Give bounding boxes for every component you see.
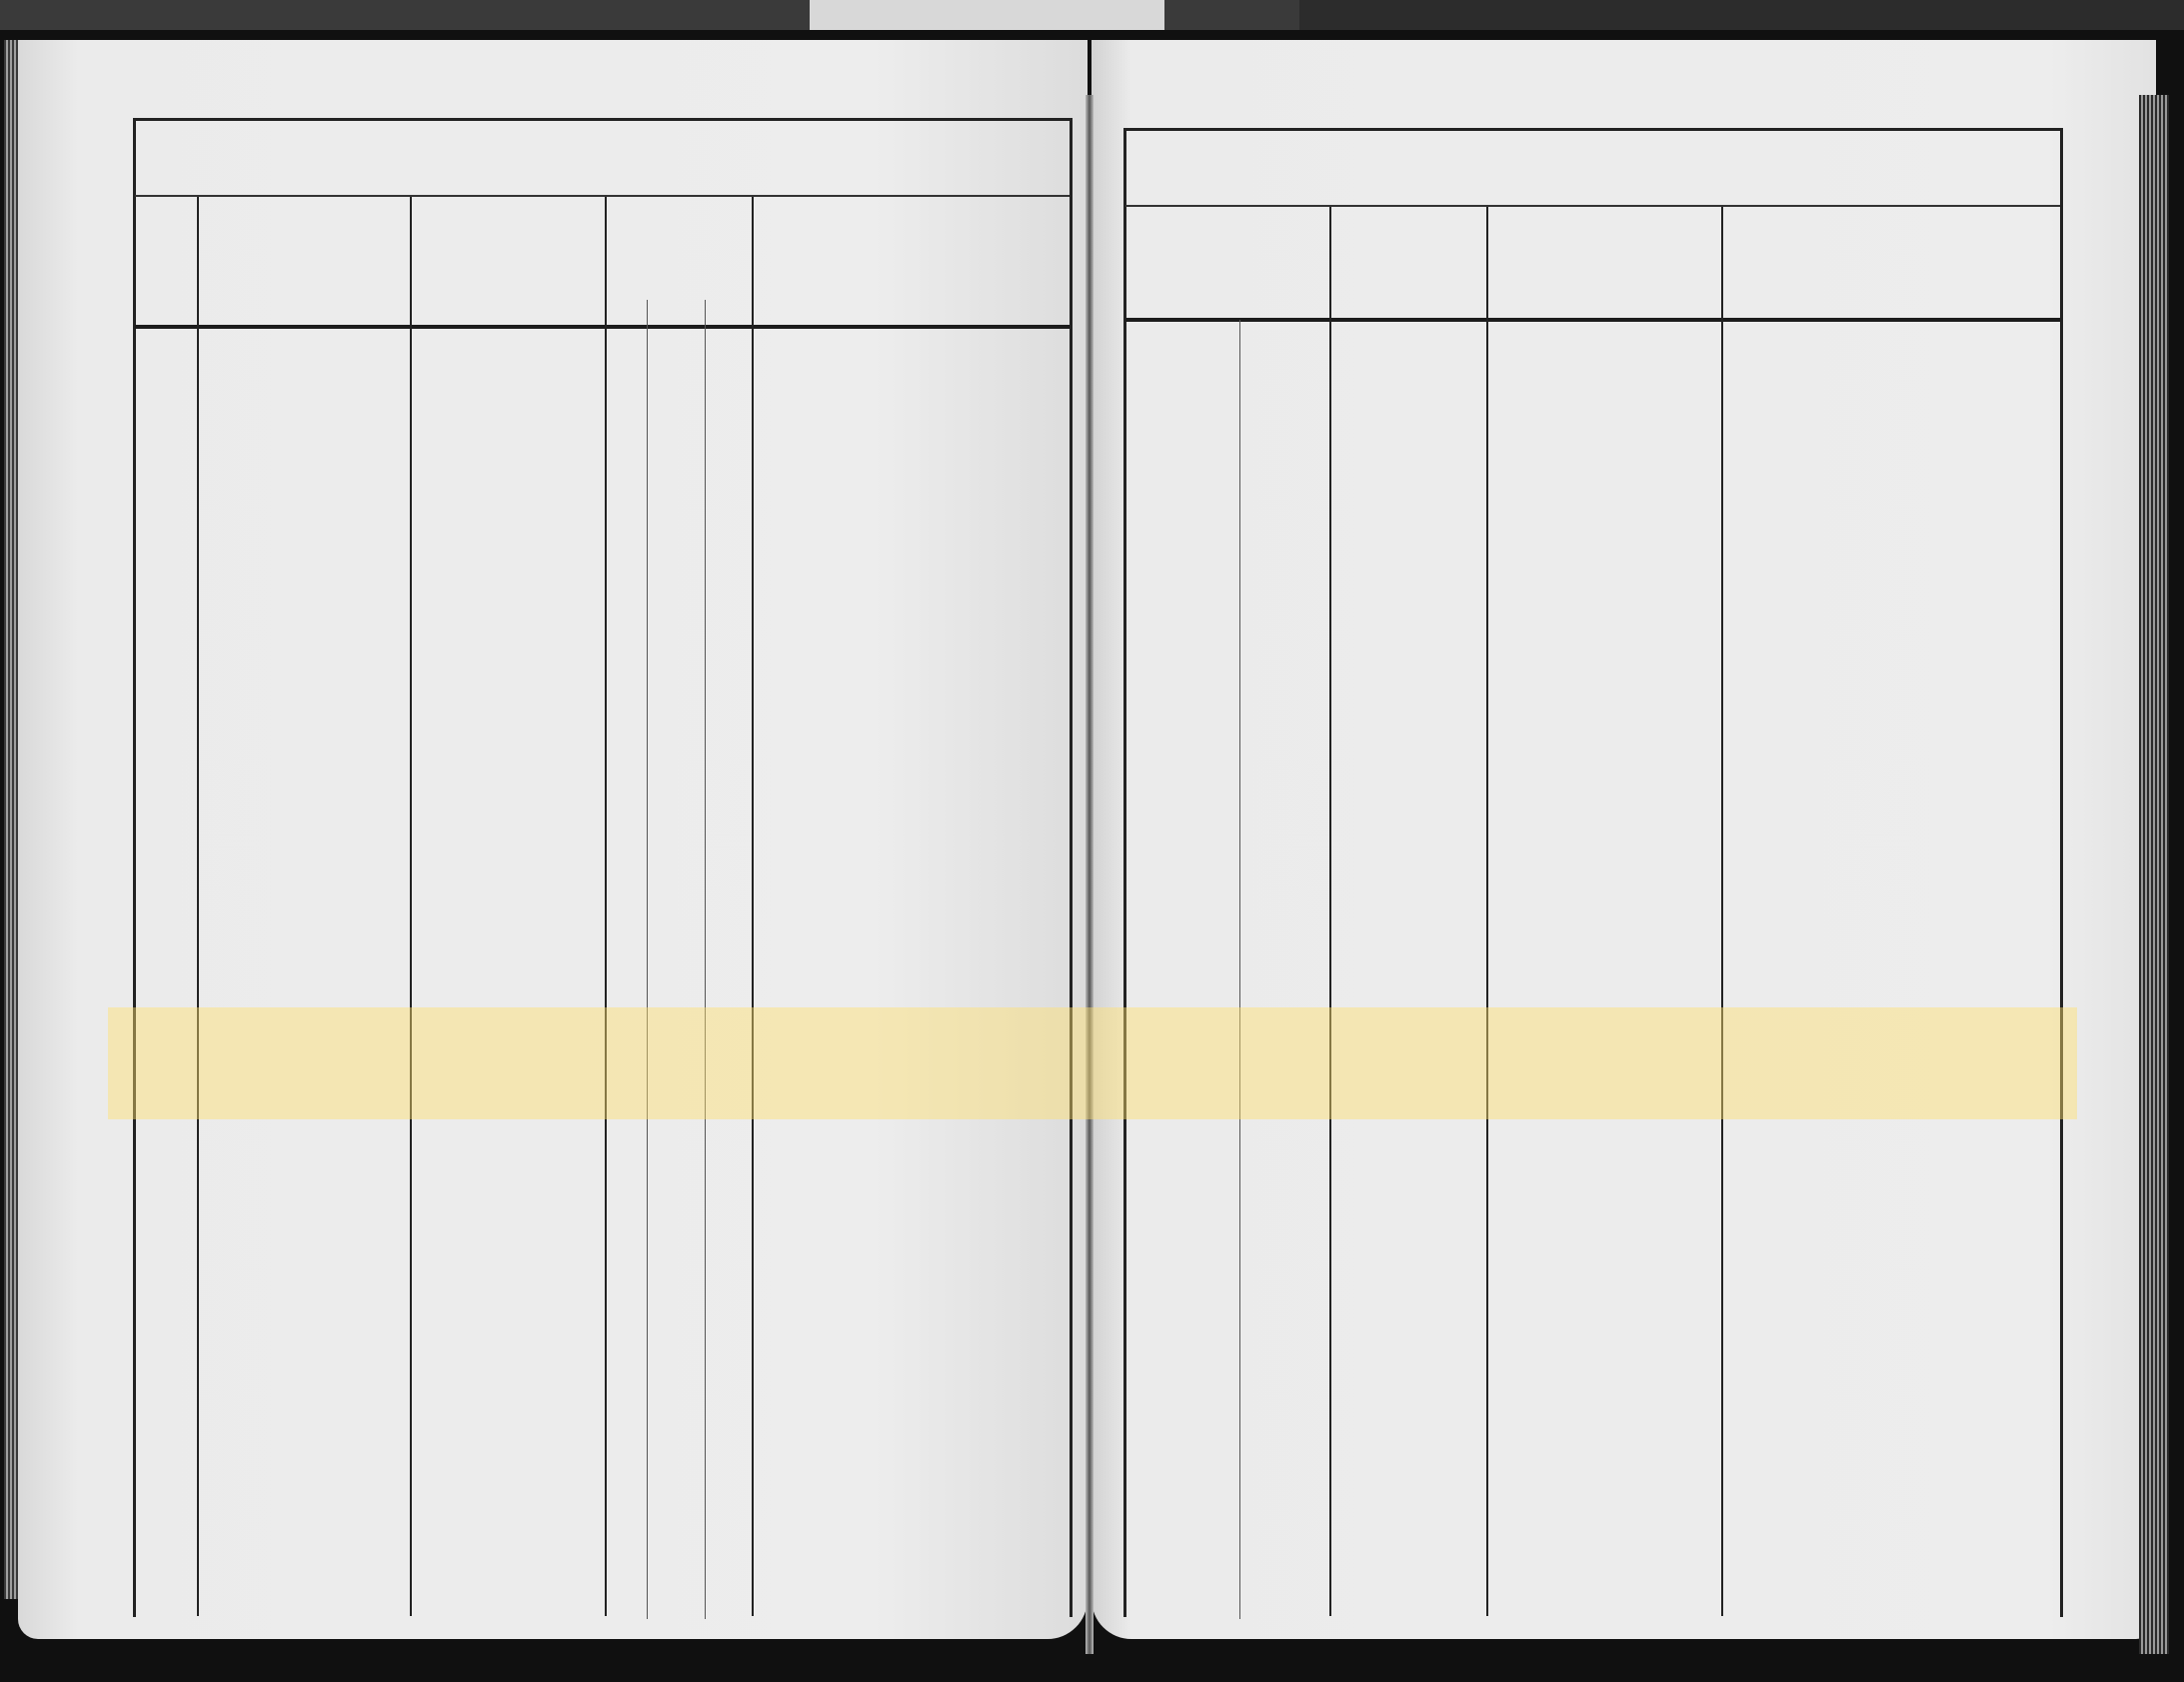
col-sep	[647, 300, 648, 1619]
left-table-frame	[133, 118, 1073, 1617]
col-sep	[1239, 320, 1240, 1619]
col-sep	[705, 300, 706, 1619]
header-todes	[1125, 212, 1329, 216]
page-edges-right	[2139, 95, 2169, 1654]
col-sep	[605, 197, 607, 1616]
title-rule	[135, 195, 1070, 197]
top-strip	[0, 0, 2184, 30]
book-gutter	[1086, 95, 1093, 1654]
header-krankheit	[1331, 220, 1486, 230]
page-edges-left	[4, 40, 18, 1599]
header-rule	[135, 325, 1070, 329]
title-rule	[1125, 205, 2060, 207]
col-sep	[197, 197, 199, 1616]
header-rule	[1125, 318, 2060, 322]
col-sep	[752, 197, 754, 1616]
right-table-frame	[1123, 128, 2063, 1617]
header-gatten	[755, 210, 1070, 216]
col-sep	[1721, 207, 1723, 1616]
header-begraebnis	[1723, 212, 2059, 218]
col-sep	[1329, 207, 1331, 1616]
col-sep	[410, 197, 412, 1616]
highlight-entry-48	[108, 1007, 2077, 1119]
col-sep	[1486, 207, 1488, 1616]
